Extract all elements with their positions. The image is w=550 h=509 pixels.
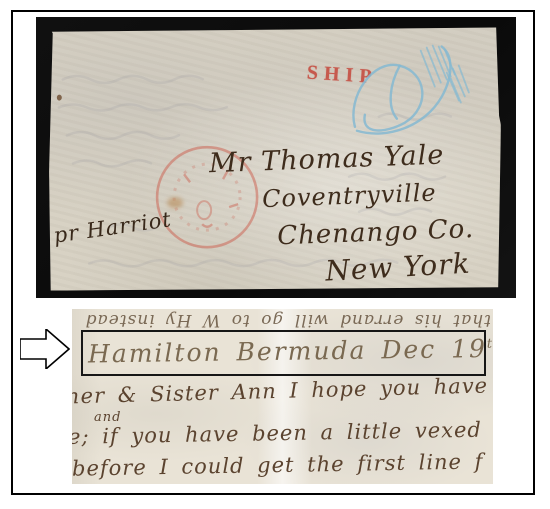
letter-line-3: before I could get the first line f (72, 449, 484, 480)
blue-manuscript-mark-icon (345, 38, 471, 138)
dateline-text: Hamilton Bermuda Dec 19th 1844 (88, 332, 493, 368)
interline-word: and (94, 410, 121, 425)
cover-letter-paper: SHIP pr Harriot Mr Thomas Yale (49, 26, 502, 290)
letter-line-2: e; if you have been a little vexed a (72, 417, 493, 449)
letter-detail: that his errand will go to W Hy instead … (72, 309, 493, 484)
page-root: SHIP pr Harriot Mr Thomas Yale (0, 0, 550, 509)
arrow-right-icon (20, 329, 70, 369)
dateline-pre: Hamilton Bermuda Dec 19 (88, 334, 487, 369)
paper-speck (57, 95, 62, 101)
letter-line-1: her & Sister Ann I hope you have (72, 373, 488, 408)
showthrough-line: that his errand will go to W Hy instead (74, 310, 491, 330)
cover-photo: SHIP pr Harriot Mr Thomas Yale (36, 17, 516, 298)
dateline-ordinal: th (487, 336, 493, 351)
